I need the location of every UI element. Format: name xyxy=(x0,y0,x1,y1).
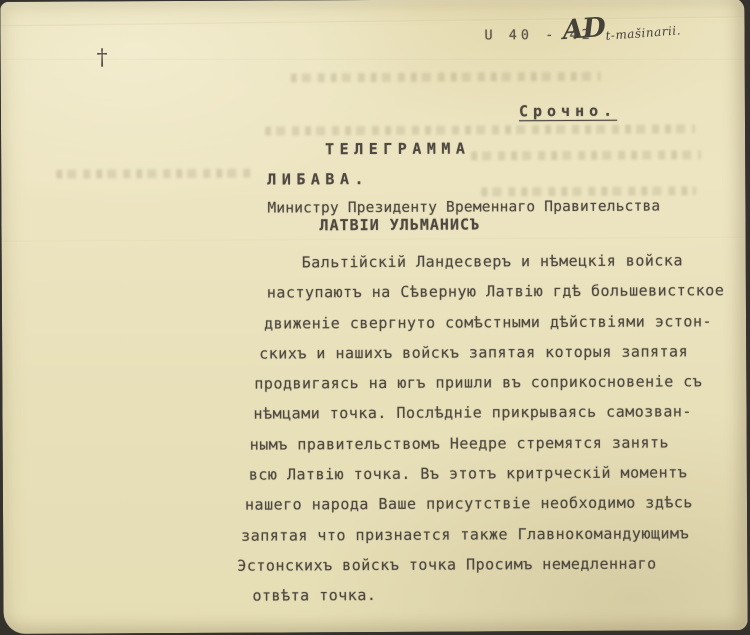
body-line: движеніе свергнуто сомѣстными дѣйствіями… xyxy=(264,306,734,339)
cross-mark: † xyxy=(97,45,108,70)
body-line: нашего народа Ваше присутствіе необходим… xyxy=(245,487,735,520)
body-line: скихъ и нашихъ войскъ запятая которыя за… xyxy=(259,336,734,369)
body-line: Бальтійскій Ландесверъ и нѣмецкія войска xyxy=(302,245,734,278)
handwritten-suffix: t-mašinarii. xyxy=(605,23,681,43)
addressee-line-1: Министру Президенту Временнаго Правитель… xyxy=(267,198,660,216)
body-line: наступаютъ на Сѣверную Латвію гдѣ больше… xyxy=(267,275,734,308)
bleedthrough-mark xyxy=(291,72,601,83)
bleedthrough-mark xyxy=(56,169,256,179)
document-title: ТЕЛЕГРАММА xyxy=(325,139,470,158)
body-line: всю Латвію точка. Въ этотъ критрческій м… xyxy=(249,457,735,490)
handwritten-annotation: ADt-mašinarii. xyxy=(561,6,681,46)
origin-place: ЛИБАВА. xyxy=(267,170,369,189)
body-line: нѣмцами точка. Послѣдніе прикрываясь сам… xyxy=(253,397,734,430)
bleedthrough-mark xyxy=(471,150,701,160)
body-line: продвигаясь на югъ пришли въ соприкоснов… xyxy=(254,366,734,399)
body-line: отвѣта точка. xyxy=(252,578,735,611)
urgency-label: Срочно. xyxy=(519,102,617,121)
body-line: нымъ правительствомъ Неедре стремятся за… xyxy=(250,427,735,460)
body-line: Эстонскихъ войскъ точка Просимъ немедлен… xyxy=(237,548,735,581)
paper-crease xyxy=(2,236,746,243)
paper-sheet: † U 40 - 42 ADt-mašinarii. Срочно. ТЕЛЕГ… xyxy=(0,0,747,634)
scanned-telegram-photo: † U 40 - 42 ADt-mašinarii. Срочно. ТЕЛЕГ… xyxy=(0,0,750,635)
paper-crease xyxy=(1,58,745,61)
bleedthrough-mark xyxy=(265,124,695,135)
addressee-line-2: ЛАТВІИ УЛЬМАНИСЪ xyxy=(319,215,480,234)
telegram-body: Бальтійскій Ландесверъ и нѣмецкія войска… xyxy=(234,245,736,611)
bleedthrough-mark xyxy=(481,186,696,196)
body-line: запятая что признается также Главнокоман… xyxy=(241,518,735,551)
handwritten-initials: AD xyxy=(561,12,606,46)
